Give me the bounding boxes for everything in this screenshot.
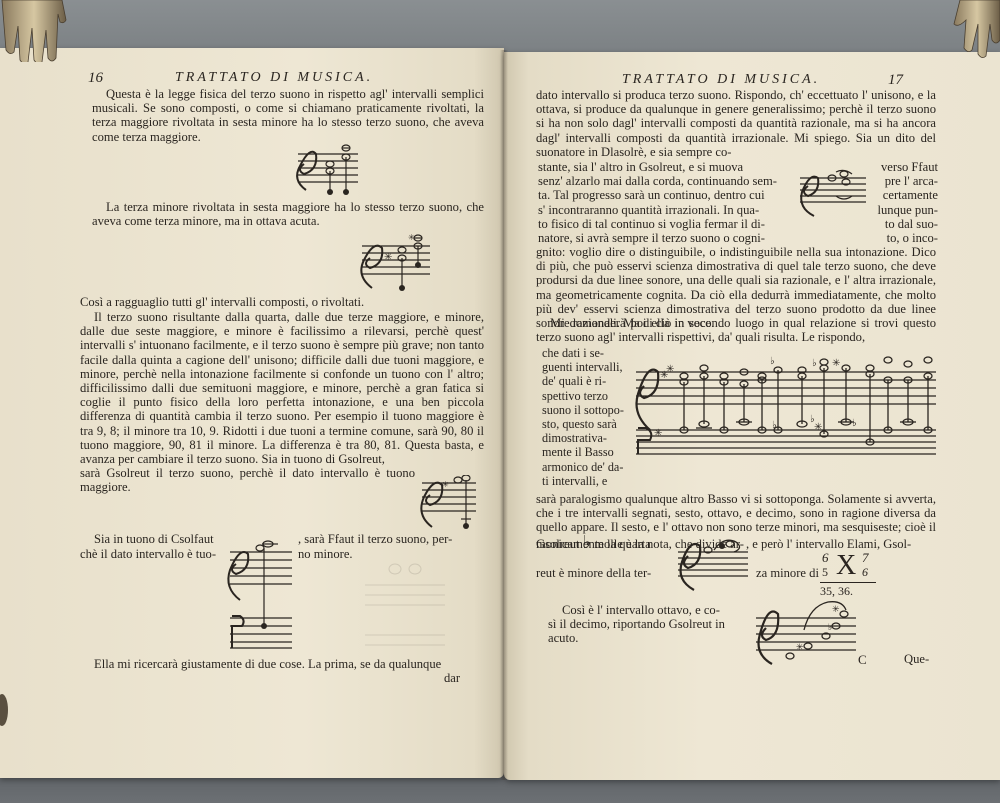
running-title-right: TRATTATO DI MUSICA. <box>622 72 820 88</box>
svg-text:✳: ✳ <box>832 604 840 614</box>
svg-text:✳: ✳ <box>408 233 415 242</box>
book-gutter <box>500 50 508 780</box>
music-notation-example-4 <box>222 540 294 657</box>
left-paragraph-5b: , sarà Ffaut il terzo suono, per- <box>298 532 484 546</box>
right-paragraph-1-left-column: stante, sia l' altro in Gsolreut, e si m… <box>538 160 798 245</box>
signature-mark: C <box>858 652 867 668</box>
svg-text:✳: ✳ <box>666 364 674 375</box>
svg-text:♭: ♭ <box>812 358 817 369</box>
right-paragraph-1: dato intervallo si produca terzo suono. … <box>536 88 936 159</box>
right-paragraph-3: Così è l' intervallo ottavo, e co- sì il… <box>548 603 748 646</box>
music-notation-example-5 <box>796 168 868 225</box>
right-paragraph-2: Mi domanderà poi ella in secondo luogo i… <box>536 316 936 344</box>
right-paragraph-2-continued-3: monicamente la quarta <box>536 537 656 551</box>
svg-text:♭: ♭ <box>770 356 775 367</box>
left-paragraph-2: La terza minore rivoltata in sesta maggi… <box>92 200 484 228</box>
svg-text:✳: ✳ <box>832 358 840 369</box>
left-paragraph-1: Questa è la legge fisica del terzo suono… <box>92 87 484 144</box>
hand-weight-right-icon <box>950 0 1000 60</box>
right-paragraph-1-right-column: verso Ffaut pre l' arca- certamente lunq… <box>866 160 938 245</box>
hand-weight-left-icon <box>0 0 72 62</box>
right-paragraph-2-continued-5: reut è minore della ter- <box>536 566 676 580</box>
bleed-through-notation <box>365 555 445 670</box>
left-paragraph-5a: Sia in tuono di Csolfaut <box>80 532 240 546</box>
left-paragraph-3: Così a ragguaglio tutti gl' intervalli c… <box>80 295 484 309</box>
music-notation-grand-staff-intervals: ✳✳✳ ♭♭✳ ♭♭✳♭ <box>632 350 938 463</box>
left-paragraph-5c: chè il dato intervallo è tuo- <box>80 547 240 561</box>
music-notation-example-1 <box>290 140 360 205</box>
svg-text:✳: ✳ <box>442 480 449 489</box>
right-paragraph-2-side-column: che dati i se- guenti intervalli, de' qu… <box>542 346 632 488</box>
svg-text:✳: ✳ <box>796 642 804 652</box>
left-paragraph-6: Ella mi ricercarà giustamente di due cos… <box>80 657 484 671</box>
ratio-figure: 6 5 X 7 6 35, 36. <box>820 550 890 600</box>
ratio-rule <box>820 582 876 583</box>
svg-text:✳: ✳ <box>814 422 822 433</box>
music-notation-example-6 <box>674 532 750 597</box>
svg-text:✳: ✳ <box>384 252 392 263</box>
left-paragraph-4: Il terzo suono risultante dalla quarta, … <box>80 310 484 466</box>
music-notation-example-7: ✳✳♭ <box>752 600 862 673</box>
svg-text:♭: ♭ <box>828 622 832 632</box>
music-notation-example-2: ✳ ✳ <box>358 232 433 299</box>
svg-text:♭: ♭ <box>852 418 857 429</box>
music-notation-example-3: ✳ <box>418 475 478 538</box>
right-catchword: Que- <box>904 652 929 667</box>
left-catchword: dar <box>444 671 460 685</box>
hand-weight-bottom-left-icon <box>0 690 12 730</box>
page-number-right: 17 <box>888 72 903 89</box>
svg-text:♭: ♭ <box>772 420 777 431</box>
running-title-left: TRATTATO DI MUSICA. <box>175 70 373 86</box>
page-number-left: 16 <box>88 70 103 87</box>
svg-text:✳: ✳ <box>654 428 662 439</box>
left-paragraph-4-end: sarà Gsolreut il terzo suono, perchè il … <box>80 466 415 494</box>
